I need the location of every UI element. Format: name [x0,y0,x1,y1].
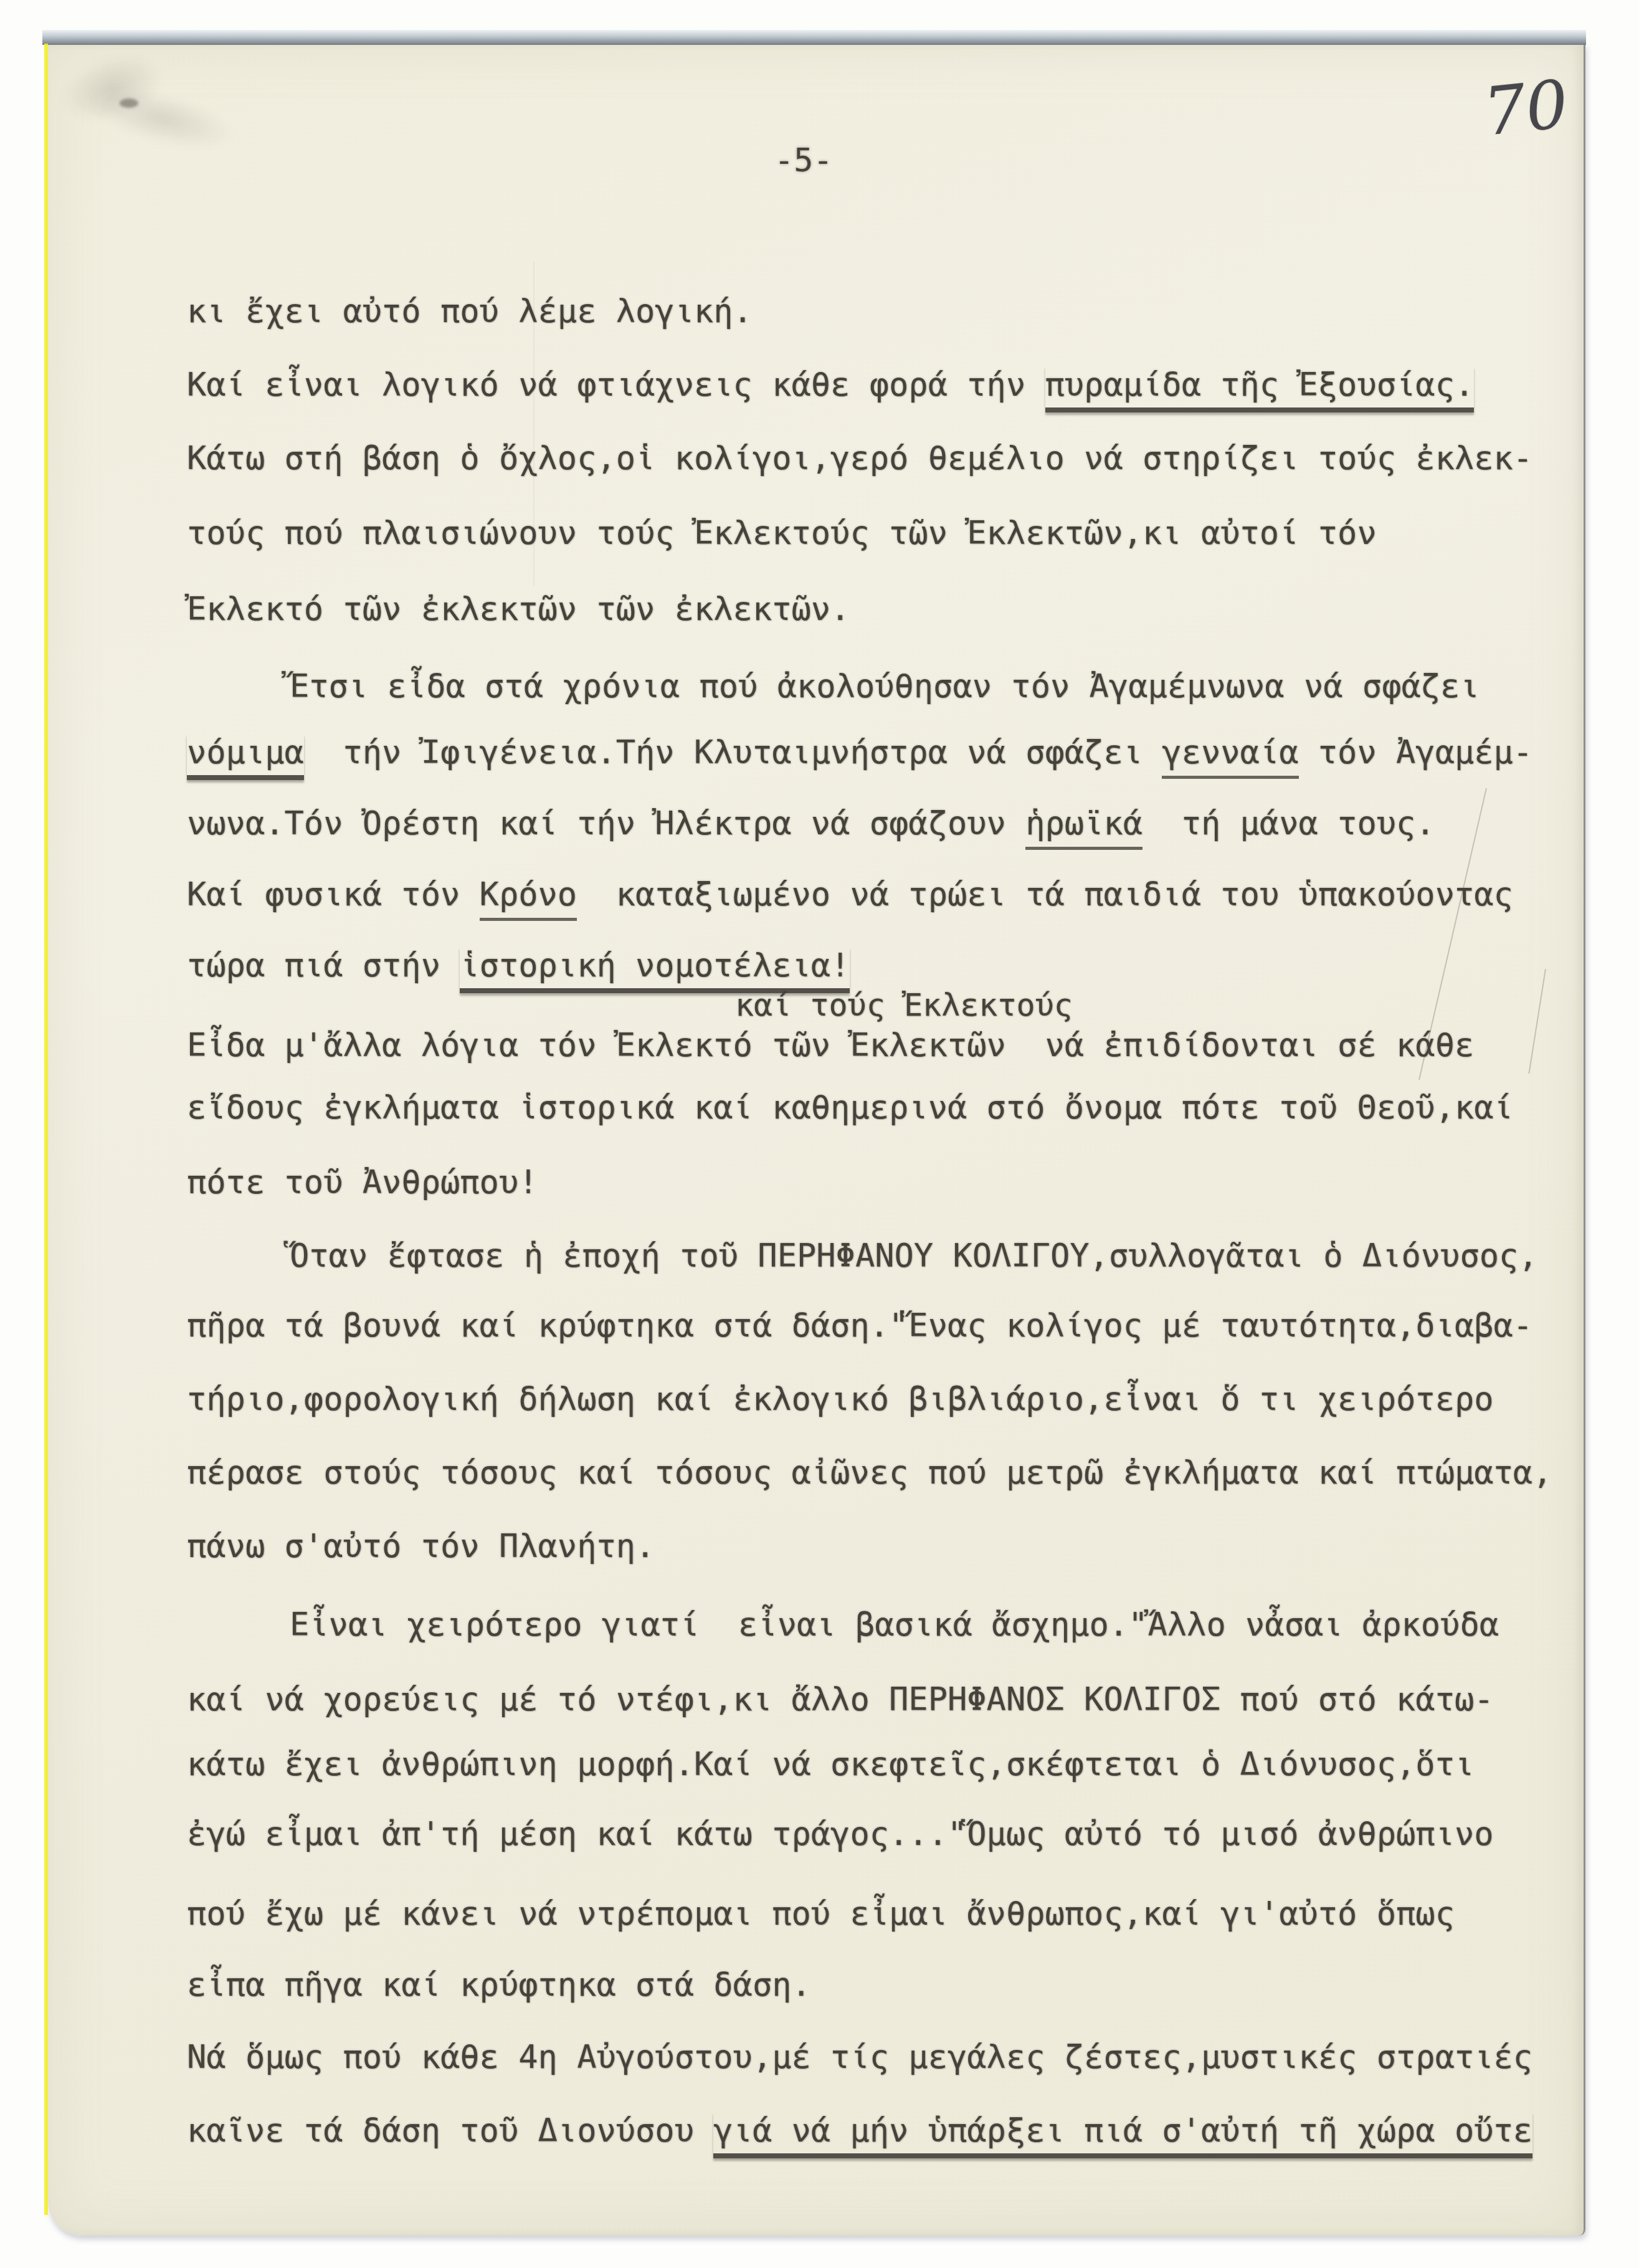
text-line: Κάτω στή βάση ὁ ὄχλος,οἱ κολίγοι,γερό θε… [187,440,1532,477]
text-line: νόμιμα τήν Ἰφιγένεια.Τήν Κλυταιμνήστρα ν… [187,734,1532,771]
text-line: εἴδους ἐγκλήματα ἱστορικά καί καθημερινά… [187,1089,1513,1127]
underlined-phrase: νόμιμα [187,734,304,780]
text-line: καί νά χορεύεις μέ τό ντέφι,κι ἄλλο ΠΕΡΗ… [187,1681,1494,1718]
text-segment: Καί εἶναι λογικό νά φτιάχνεις κάθε φορά … [187,366,1045,404]
text-segment: Κάτω στή βάση ὁ ὄχλος,οἱ κολίγοι,γερό θε… [187,440,1532,477]
text-segment: Εἶδα μ'ἄλλα λόγια τόν Ἐκλεκτό τῶν Ἐκλεκτ… [187,1027,1474,1064]
text-segment: καῖνε τά δάση τοῦ Διονύσου [187,2112,713,2150]
text-segment: τή μάνα τους. [1143,805,1435,842]
text-line: πάνω σ'αὐτό τόν Πλανήτη. [187,1528,655,1565]
text-line: Νά ὅμως πού κάθε 4η Αὐγούστου,μέ τίς μεγ… [187,2039,1532,2076]
text-line: πού ἔχω μέ κάνει νά ντρέπομαι πού εἶμαι … [187,1895,1455,1933]
text-line: κι ἔχει αὐτό πού λέμε λογική. [187,293,753,330]
text-segment: νωνα.Τόν Ὀρέστη καί τήν Ἠλέκτρα νά σφάζο… [187,805,1025,842]
text-line: πῆρα τά βουνά καί κρύφτηκα στά δάση."Ἕνα… [187,1307,1532,1345]
text-line: καῖνε τά δάση τοῦ Διονύσου γιά νά μήν ὑπ… [187,2112,1532,2150]
text-segment: Εἶναι χειρότερο γιατί εἶναι βασικά ἄσχημ… [290,1606,1499,1644]
text-line: κάτω ἔχει ἀνθρώπινη μορφή.Καί νά σκεφτεῖ… [187,1746,1474,1783]
text-segment: Ἐκλεκτό τῶν ἐκλεκτῶν τῶν ἐκλεκτῶν. [187,591,850,628]
text-line: Καί εἶναι λογικό νά φτιάχνεις κάθε φορά … [187,366,1474,404]
typewritten-text: κι ἔχει αὐτό πού λέμε λογική.Καί εἶναι λ… [0,0,1639,2268]
text-segment: Ὅταν ἔφτασε ἡ ἐποχή τοῦ ΠΕΡΗΦΑΝΟΥ ΚΟΛΙΓΟ… [290,1237,1538,1275]
text-line: νωνα.Τόν Ὀρέστη καί τήν Ἠλέκτρα νά σφάζο… [187,805,1435,842]
text-segment: πέρασε στούς τόσους καί τόσους αἰῶνες πο… [187,1454,1552,1492]
text-segment: Ἔτσι εἶδα στά χρόνια πού ἀκολούθησαν τόν… [290,668,1480,705]
text-line: τούς πού πλαισιώνουν τούς Ἐκλεκτούς τῶν … [187,515,1377,552]
text-segment: Νά ὅμως πού κάθε 4η Αὐγούστου,μέ τίς μεγ… [187,2039,1532,2076]
text-segment: καταξιωμένο νά τρώει τά παιδιά του ὑπακο… [577,876,1513,913]
underlined-phrase: πυραμίδα τῆς Ἐξουσίας. [1045,366,1475,412]
text-line: Εἶναι χειρότερο γιατί εἶναι βασικά ἄσχημ… [290,1606,1499,1644]
inserted-text-line: καί τούς Ἐκλεκτούς [735,986,1073,1024]
text-segment: κάτω ἔχει ἀνθρώπινη μορφή.Καί νά σκεφτεῖ… [187,1746,1474,1783]
text-line: Ὅταν ἔφτασε ἡ ἐποχή τοῦ ΠΕΡΗΦΑΝΟΥ ΚΟΛΙΓΟ… [290,1237,1538,1275]
underlined-phrase: γενναία [1162,734,1298,779]
underlined-phrase: Κρόνο [480,876,577,921]
text-segment: πῆρα τά βουνά καί κρύφτηκα στά δάση."Ἕνα… [187,1307,1532,1345]
text-line: Εἶδα μ'ἄλλα λόγια τόν Ἐκλεκτό τῶν Ἐκλεκτ… [187,1027,1474,1064]
text-segment: εἶπα πῆγα καί κρύφτηκα στά δάση. [187,1966,811,2004]
text-segment: ἐγώ εἶμαι ἀπ'τή μέση καί κάτω τράγος..."… [187,1816,1494,1853]
text-line: Ἔτσι εἶδα στά χρόνια πού ἀκολούθησαν τόν… [290,668,1480,705]
text-segment: καί τούς Ἐκλεκτούς [735,987,1073,1023]
text-segment: καί νά χορεύεις μέ τό ντέφι,κι ἄλλο ΠΕΡΗ… [187,1681,1494,1718]
text-segment: εἴδους ἐγκλήματα ἱστορικά καί καθημερινά… [187,1089,1513,1127]
underlined-phrase: γιά νά μήν ὑπάρξει πιά σ'αὐτή τῆ χώρα οὔ… [713,2112,1532,2158]
text-line: Ἐκλεκτό τῶν ἐκλεκτῶν τῶν ἐκλεκτῶν. [187,591,850,628]
text-segment: πότε τοῦ Ἀνθρώπου! [187,1164,538,1201]
text-segment: κι ἔχει αὐτό πού λέμε λογική. [187,293,753,330]
text-segment: Καί φυσικά τόν [187,876,480,913]
text-line: εἶπα πῆγα καί κρύφτηκα στά δάση. [187,1966,811,2004]
text-line: ἐγώ εἶμαι ἀπ'τή μέση καί κάτω τράγος..."… [187,1816,1494,1853]
text-segment: τόν Ἀγαμέμ- [1299,734,1533,771]
text-line: Καί φυσικά τόν Κρόνο καταξιωμένο νά τρώε… [187,876,1513,913]
text-segment: τώρα πιά στήν [187,947,460,984]
text-line: πότε τοῦ Ἀνθρώπου! [187,1164,538,1201]
underlined-phrase: ἡρωϊκά [1025,805,1143,850]
text-line: τήριο,φορολογική δήλωση καί ἐκλογικό βιβ… [187,1381,1494,1418]
text-segment: τούς πού πλαισιώνουν τούς Ἐκλεκτούς τῶν … [187,515,1377,552]
text-segment: τήν Ἰφιγένεια.Τήν Κλυταιμνήστρα νά σφάζε… [304,734,1162,771]
text-segment: πάνω σ'αὐτό τόν Πλανήτη. [187,1528,655,1565]
text-line: πέρασε στούς τόσους καί τόσους αἰῶνες πο… [187,1454,1552,1492]
text-segment: πού ἔχω μέ κάνει νά ντρέπομαι πού εἶμαι … [187,1895,1455,1933]
text-line: τώρα πιά στήν ἱστορική νομοτέλεια! [187,947,850,984]
text-segment: τήριο,φορολογική δήλωση καί ἐκλογικό βιβ… [187,1381,1494,1418]
